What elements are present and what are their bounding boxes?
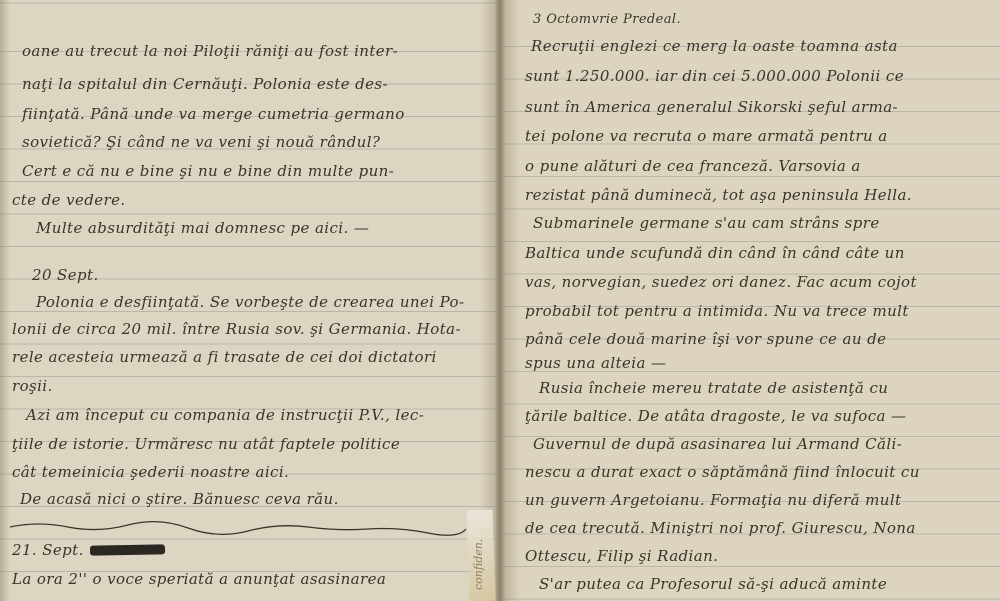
text-line: ţiile de istorie. Urmăresc nu atât fapte…: [12, 435, 400, 453]
text-line: Cert e că nu e bine şi nu e bine din mul…: [22, 162, 394, 180]
text-line: oane au trecut la noi Piloţii răniţi au …: [22, 42, 398, 60]
text-line: lonii de circa 20 mil. între Rusia sov. …: [12, 320, 461, 338]
text-line: Azi am început cu compania de instrucţii…: [26, 406, 424, 424]
date-header: 3 Octomvrie Predeal.: [533, 12, 681, 27]
text-line: tei polone va recruta o mare armată pent…: [525, 127, 888, 145]
notebook-spread: oane au trecut la noi Piloţii răniţi au …: [0, 0, 1000, 601]
text-line: sunt 1.250.000. iar din cei 5.000.000 Po…: [525, 67, 904, 85]
date-header: 20 Sept.: [32, 266, 99, 284]
text-line: Multe absurdităţi mai domnesc pe aici. —: [36, 219, 369, 237]
page-edge-shadow: [0, 0, 10, 601]
text-line: ţările baltice. De atâta dragoste, le va…: [525, 407, 906, 425]
text-line: cte de vedere.: [12, 191, 126, 209]
text-line: S'ar putea ca Profesorul să-şi aducă ami…: [539, 575, 887, 593]
text-line: Rusia încheie mereu tratate de asistenţă…: [539, 379, 888, 397]
text-line: de cea trecută. Miniştri noi prof. Giure…: [525, 519, 916, 537]
text-line: spus una alteia —: [525, 354, 666, 372]
text-line: De acasă nici o ştire. Bănuesc ceva rău.: [20, 490, 339, 508]
text-line: un guvern Argetoianu. Formaţia nu diferă…: [525, 491, 901, 509]
text-line: probabil tot pentru a intimida. Nu va tr…: [525, 302, 909, 320]
text-line: cât temeinicia şederii noastre aici.: [12, 463, 289, 481]
text-line: vas, norvegian, suedez ori danez. Fac ac…: [525, 273, 917, 291]
text-line: rezistat până duminecă, tot aşa peninsul…: [525, 186, 912, 204]
redaction-mark: [90, 544, 165, 555]
text-line: roşii.: [12, 377, 53, 395]
tape-label: confiden.: [472, 520, 490, 590]
text-line: rele acesteia urmează a fi trasate de ce…: [12, 348, 437, 366]
text-line: Baltica unde scufundă din când în când c…: [525, 244, 905, 262]
text-line: nescu a durat exact o săptămână fiind în…: [525, 463, 920, 481]
text-line: până cele două marine îşi vor spune ce a…: [525, 330, 886, 348]
text-line: Recruţii englezi ce merg la oaste toamna…: [531, 37, 898, 55]
date-header: 21. Sept.: [12, 541, 84, 559]
text-line: Ottescu, Filip şi Radian.: [525, 547, 718, 565]
text-line: Polonia e desfiinţată. Se vorbeşte de cr…: [36, 293, 464, 311]
text-line: o pune alături de cea franceză. Varsovia…: [525, 157, 861, 175]
text-line: La ora 2'' o voce speriată a anunţat asa…: [12, 570, 386, 588]
text-line: Guvernul de după asasinarea lui Armand C…: [533, 435, 902, 453]
text-line: naţi la spitalul din Cernăuţi. Polonia e…: [22, 75, 388, 93]
text-line: fiinţată. Până unde va merge cumetria ge…: [22, 105, 405, 123]
left-page: oane au trecut la noi Piloţii răniţi au …: [0, 0, 496, 601]
text-line: sovietică? Şi când ne va veni şi nouă râ…: [22, 133, 380, 151]
right-page: 3 Octomvrie Predeal. Recruţii englezi ce…: [503, 0, 1000, 601]
text-line: sunt în America generalul Sikorski şeful…: [525, 98, 898, 116]
text-line: Submarinele germane s'au cam strâns spre: [533, 214, 880, 232]
